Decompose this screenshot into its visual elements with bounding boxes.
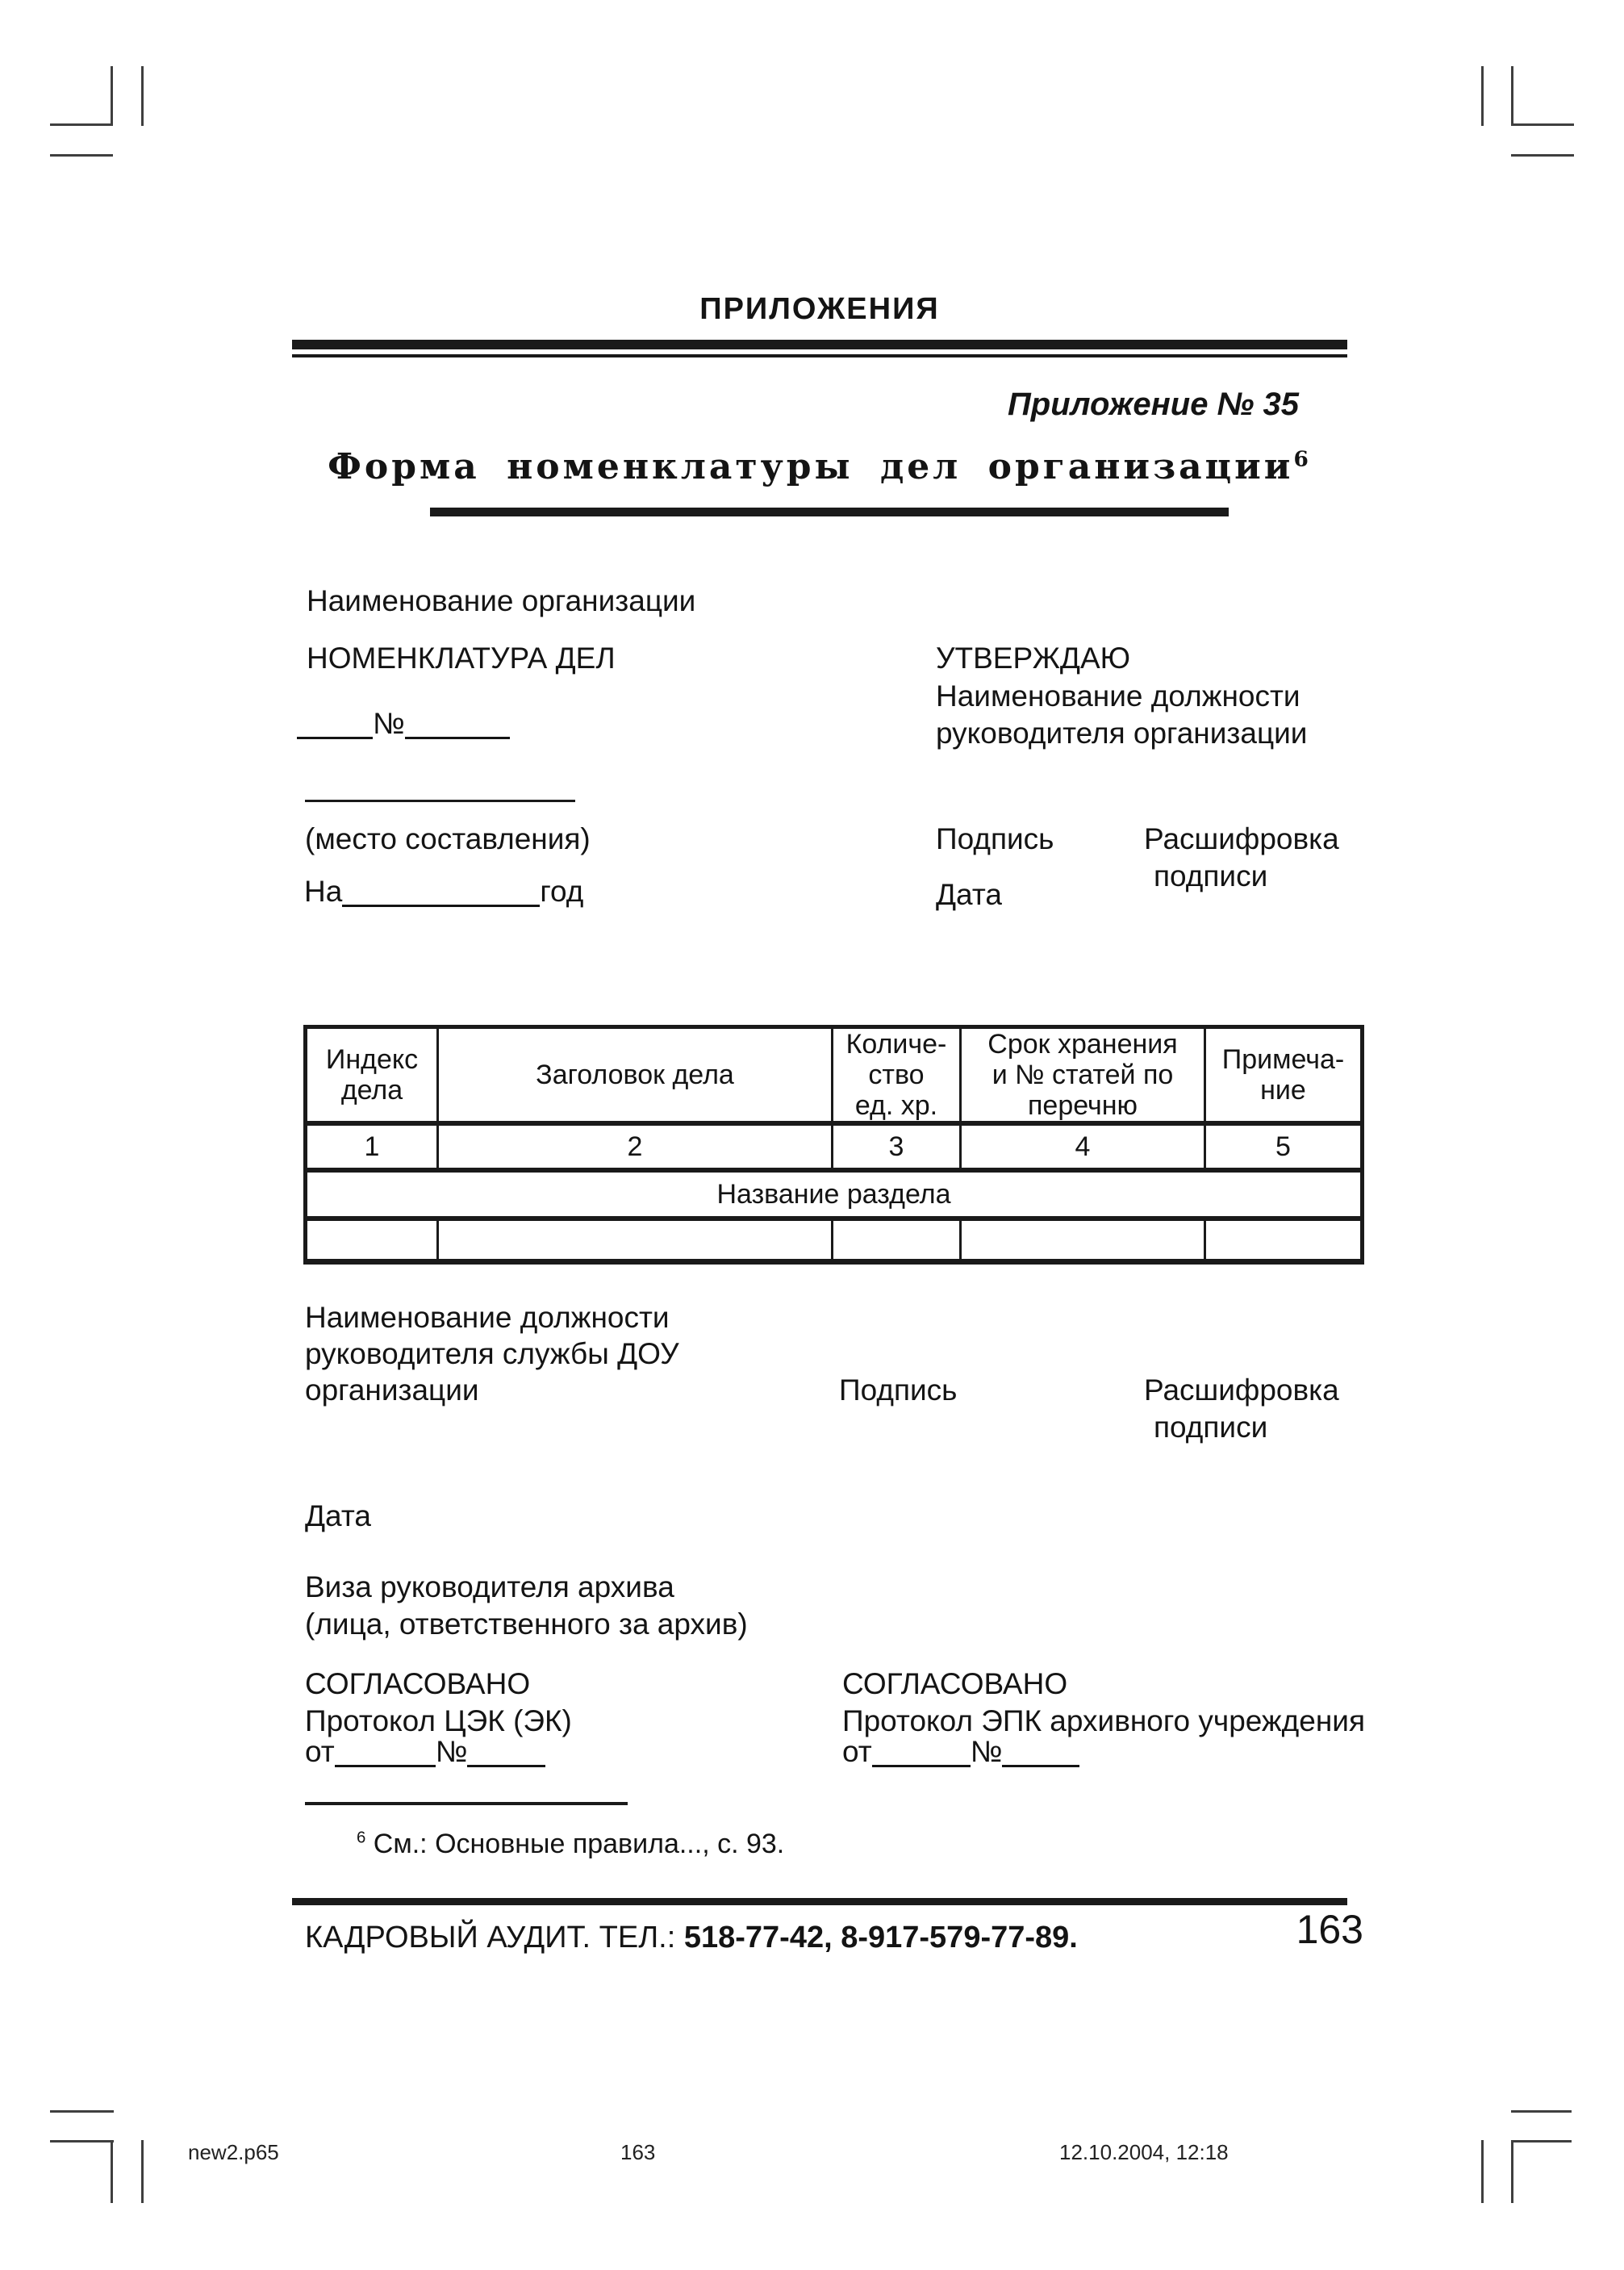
transcript-label-bottom-line2: подписи (1154, 1409, 1267, 1446)
header-rule-thin (292, 354, 1347, 357)
place-fill-line (305, 800, 575, 802)
org-name-label: Наименование организации (307, 583, 695, 620)
fill-in-line (297, 737, 373, 739)
approve-position-line1: Наименование должности (936, 678, 1300, 715)
date-label-bottom: Дата (305, 1498, 371, 1535)
col-header-storage: Срок хранения и № статей по перечню (961, 1027, 1205, 1124)
fill-in-line (872, 1765, 971, 1767)
page-title-text: Форма номенклатуры дел организации (328, 446, 1293, 487)
crop-mark-line (1481, 2140, 1484, 2203)
col-header-index: Индекс дела (306, 1027, 438, 1124)
col-header-note: Примеча- ние (1205, 1027, 1363, 1124)
agreed-left-from-line: от№ (305, 1733, 545, 1770)
col-number-5: 5 (1205, 1123, 1363, 1170)
number-symbol: № (436, 1735, 468, 1768)
footnote-separator (305, 1802, 628, 1805)
running-head: ПРИЛОЖЕНИЯ (292, 291, 1347, 328)
empty-cell (1205, 1219, 1363, 1262)
from-label: от (305, 1735, 335, 1768)
doy-position-line2: руководителя службы ДОУ (305, 1336, 679, 1373)
year-suffix: год (540, 875, 583, 908)
transcript-label-top-line2: подписи (1154, 858, 1267, 895)
fill-in-line (342, 905, 540, 907)
fill-in-line (405, 737, 510, 739)
col-number-1: 1 (306, 1123, 438, 1170)
table-number-row: 1 2 3 4 5 (306, 1123, 1363, 1170)
col-number-4: 4 (961, 1123, 1205, 1170)
col-number-2: 2 (438, 1123, 833, 1170)
nomenclature-label: НОМЕНКЛАТУРА ДЕЛ (307, 640, 616, 677)
from-label: от (842, 1735, 872, 1768)
approve-label: УТВЕРЖДАЮ (936, 640, 1130, 677)
crop-mark-line (141, 66, 144, 126)
number-symbol: № (373, 707, 405, 740)
footer-contact: КАДРОВЫЙ АУДИТ. ТЕЛ.: 518-77-42, 8-917-5… (305, 1919, 1078, 1956)
date-label-top: Дата (936, 876, 1002, 913)
footnote-reference: 6 (1293, 446, 1311, 471)
document-page: ПРИЛОЖЕНИЯ Приложение № 35 Форма номенкл… (0, 0, 1624, 2270)
page-number: 163 (1194, 1911, 1363, 1948)
print-datetime: 12.10.2004, 12:18 (1059, 2140, 1229, 2164)
col-number-3: 3 (833, 1123, 961, 1170)
crop-mark-line (50, 2140, 114, 2142)
empty-cell (438, 1219, 833, 1262)
fill-in-line (1002, 1765, 1079, 1767)
table-header-row: Индекс дела Заголовок дела Количе- ство … (306, 1027, 1363, 1124)
place-label: (место составления) (305, 821, 591, 858)
appendix-label: Приложение № 35 (694, 386, 1299, 423)
footer-label: КАДРОВЫЙ АУДИТ. ТЕЛ.: (305, 1921, 684, 1954)
table-empty-row (306, 1219, 1363, 1262)
agreed-left-title: СОГЛАСОВАНО (305, 1666, 530, 1703)
col-header-title: Заголовок дела (438, 1027, 833, 1124)
number-symbol: № (971, 1735, 1003, 1768)
footer-phones: 518-77-42, 8-917-579-77-89. (684, 1921, 1078, 1954)
number-fill-line: № (297, 705, 510, 742)
crop-mark-line (111, 2140, 113, 2203)
visa-line2: (лица, ответственного за архив) (305, 1606, 748, 1643)
signature-label-top: Подпись (936, 821, 1054, 858)
crop-mark-line (1481, 66, 1484, 126)
header-rule-thick (292, 340, 1347, 349)
empty-cell (833, 1219, 961, 1262)
approve-position-line2: руководителя организации (936, 715, 1307, 752)
footer-rule (292, 1898, 1347, 1905)
crop-mark-line (50, 2110, 114, 2113)
page-title: Форма номенклатуры дел организации6 (292, 449, 1347, 486)
doy-position-line1: Наименование должности (305, 1299, 670, 1336)
signature-label-bottom: Подпись (839, 1372, 957, 1409)
nomenclature-table: Индекс дела Заголовок дела Количе- ство … (303, 1025, 1364, 1265)
crop-mark-line (1511, 2110, 1572, 2113)
print-filename: new2.p65 (188, 2140, 279, 2164)
agreed-right-title: СОГЛАСОВАНО (842, 1666, 1067, 1703)
crop-mark-line (50, 154, 113, 157)
print-page: 163 (620, 2140, 655, 2164)
transcript-label-top-line1: Расшифровка (1144, 821, 1339, 858)
agreed-right-from-line: от№ (842, 1733, 1079, 1770)
section-title-cell: Название раздела (306, 1170, 1363, 1219)
year-prefix: На (304, 875, 342, 908)
transcript-label-bottom-line1: Расшифровка (1144, 1372, 1339, 1409)
fill-in-line (335, 1765, 436, 1767)
col-header-quantity: Количе- ство ед. хр. (833, 1027, 961, 1124)
doy-position-line3: организации (305, 1372, 479, 1409)
fill-in-line (467, 1765, 545, 1767)
crop-mark-line (50, 123, 113, 126)
crop-mark-line (1511, 66, 1513, 126)
crop-mark-line (1511, 154, 1574, 157)
footnote: 6 См.: Основные правила..., с. 93. (357, 1825, 784, 1862)
footnote-text: См.: Основные правила..., с. 93. (374, 1829, 784, 1859)
crop-mark-line (1511, 2140, 1513, 2203)
crop-mark-line (141, 2140, 144, 2203)
year-fill-line: Нагод (304, 873, 583, 910)
empty-cell (961, 1219, 1205, 1262)
visa-line1: Виза руководителя архива (305, 1569, 674, 1606)
crop-mark-line (111, 66, 113, 126)
empty-cell (306, 1219, 438, 1262)
title-underline (430, 508, 1229, 516)
table-section-row: Название раздела (306, 1170, 1363, 1219)
footnote-marker: 6 (357, 1829, 365, 1847)
crop-mark-line (1511, 2140, 1572, 2142)
crop-mark-line (1511, 123, 1574, 126)
